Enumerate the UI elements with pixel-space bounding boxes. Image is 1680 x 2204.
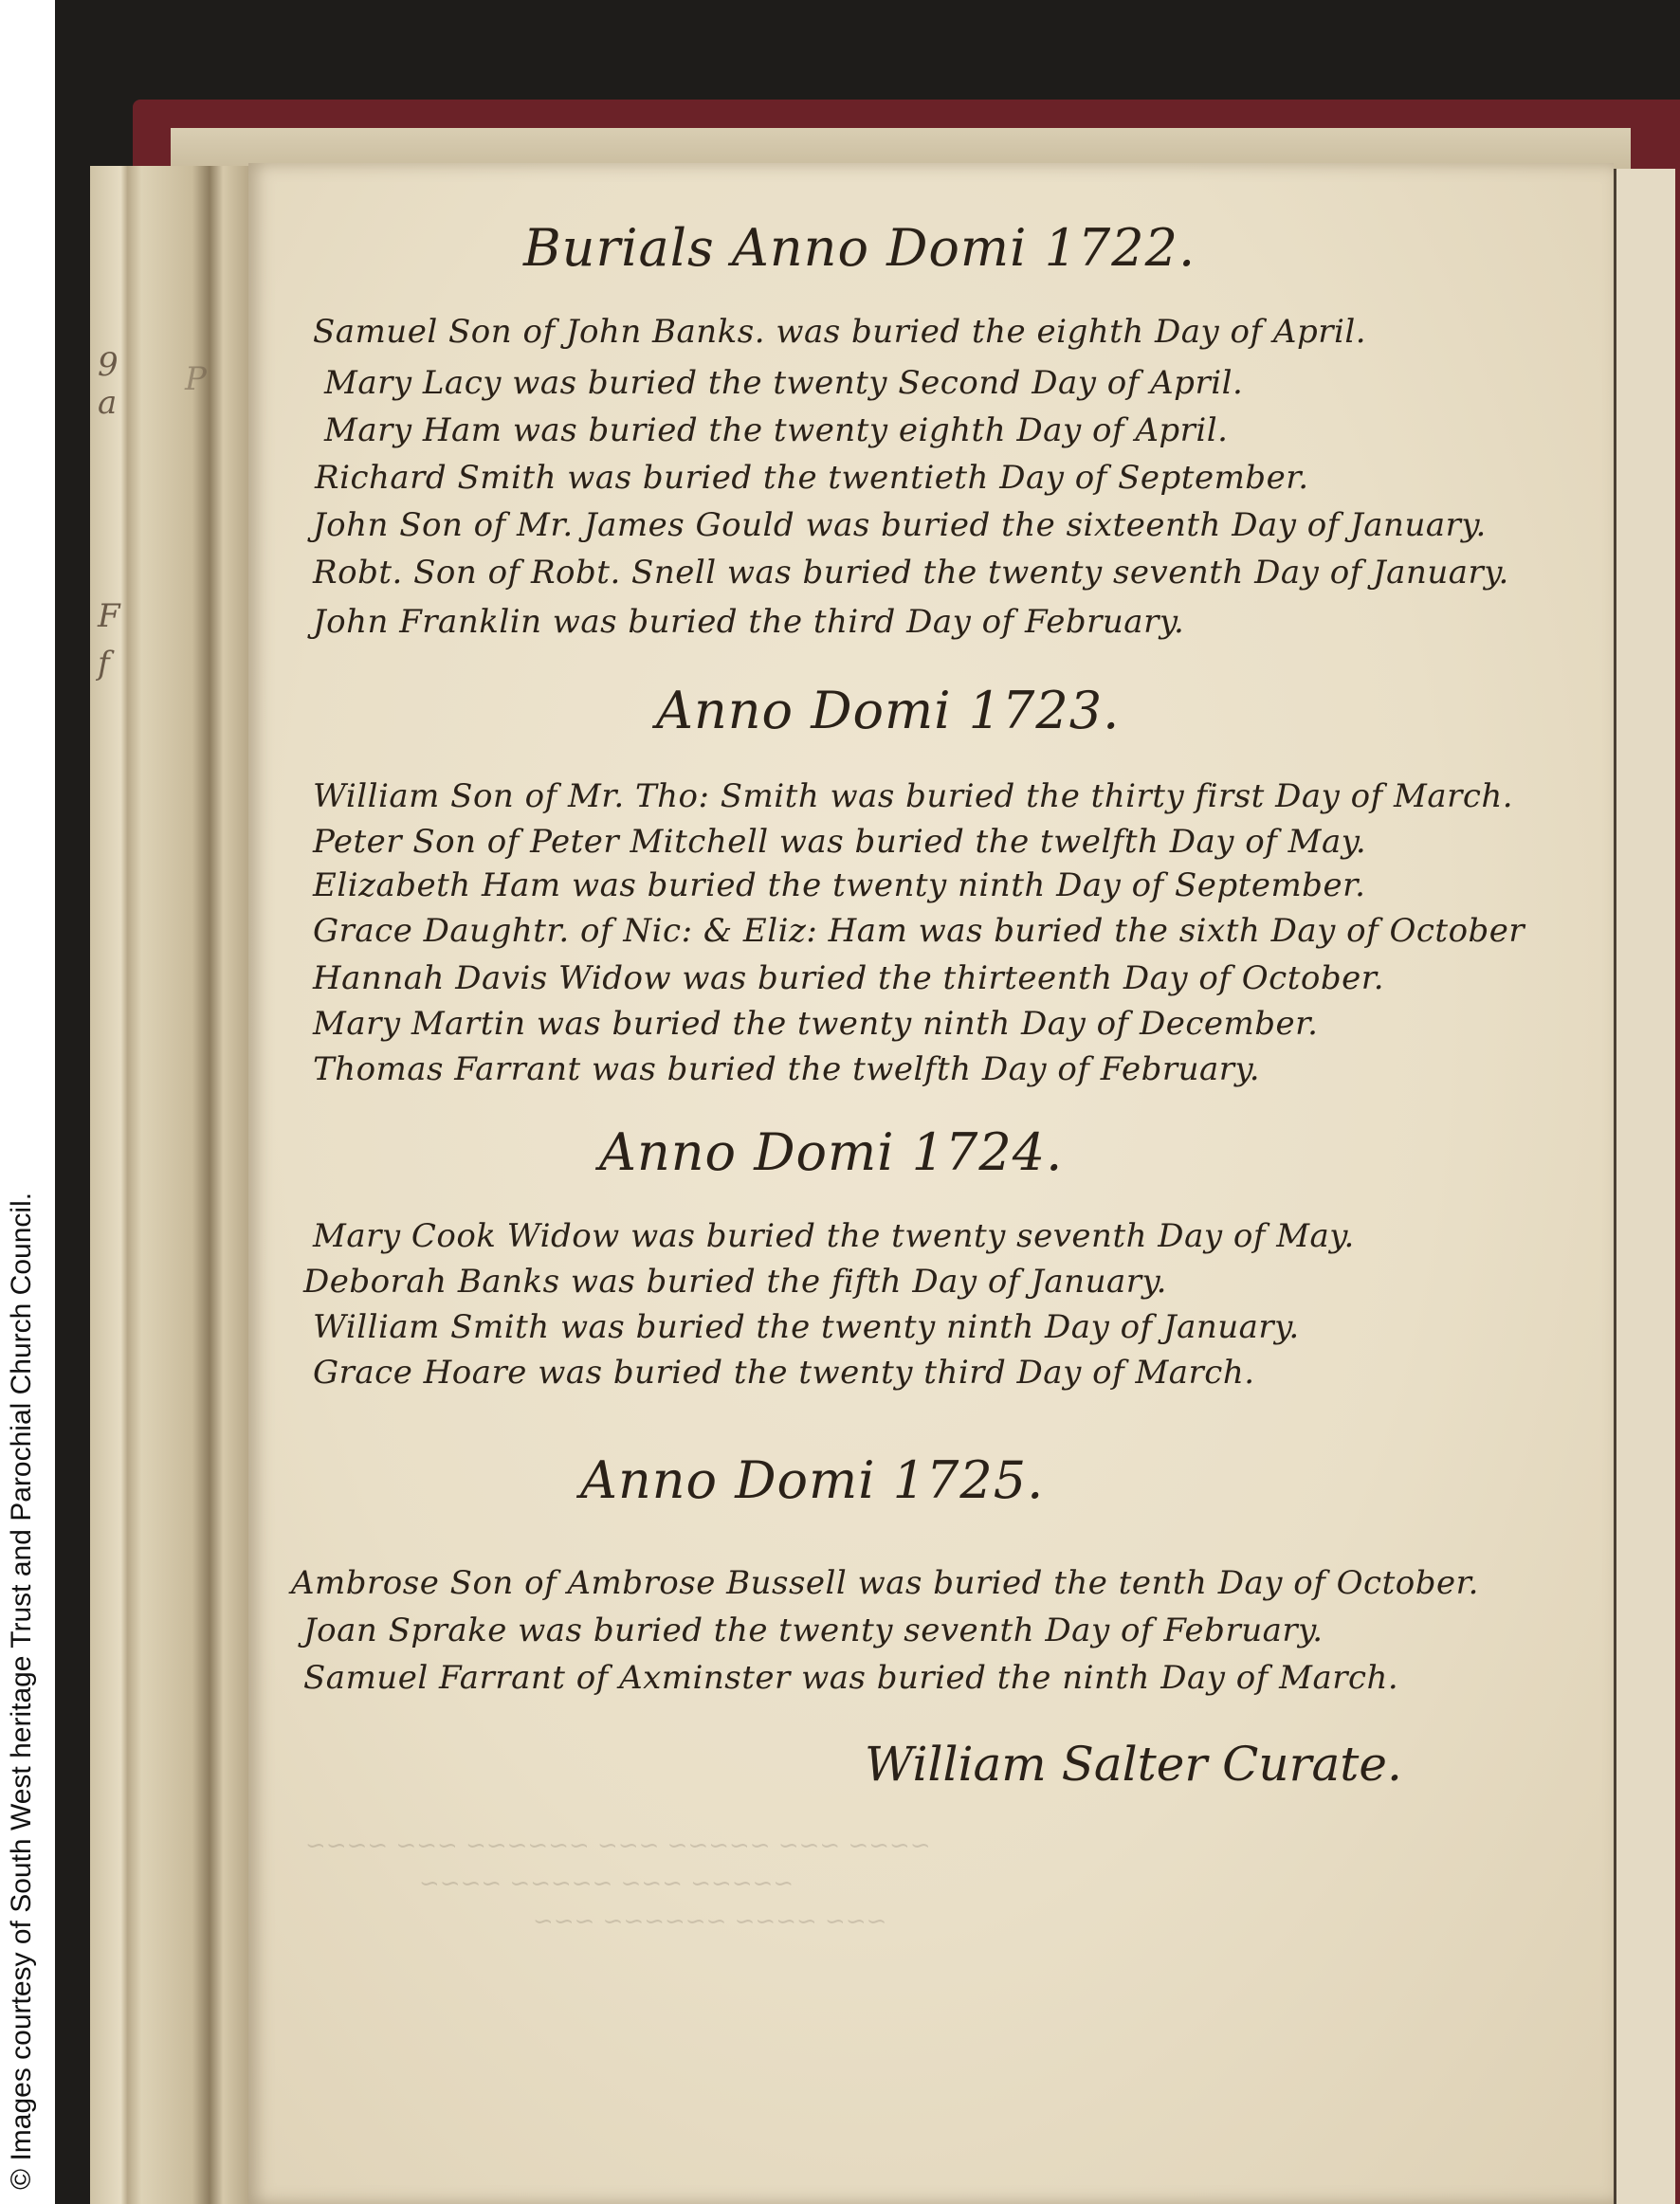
section-heading-1724: Anno Domi 1724. <box>599 1122 1063 1182</box>
burial-entry: Mary Martin was buried the twenty ninth … <box>313 1005 1318 1043</box>
section-heading-1725: Anno Domi 1725. <box>580 1450 1044 1510</box>
burial-entry: Hannah Davis Widow was buried the thirte… <box>313 959 1384 997</box>
show-through-ink: ~~~~ ~~~ ~~~~~ ~~~ ~~~~~~ ~~~ ~~~~ <box>305 1831 931 1860</box>
section-heading-1722: Burials Anno Domi 1722. <box>523 218 1196 278</box>
section-heading-1723: Anno Domi 1723. <box>656 681 1120 740</box>
margin-mark: P <box>185 360 207 398</box>
burial-entry: Samuel Farrant of Axminster was buried t… <box>303 1659 1398 1697</box>
burial-entry: Ambrose Son of Ambrose Bussell was burie… <box>291 1564 1479 1602</box>
margin-mark: 9 <box>98 346 119 384</box>
margin-mark: F <box>98 597 120 635</box>
register-page: Burials Anno Domi 1722. Samuel Son of Jo… <box>248 163 1614 2204</box>
burial-entry: Peter Son of Peter Mitchell was buried t… <box>313 823 1366 861</box>
burial-entry: William Son of Mr. Tho: Smith was buried… <box>313 777 1513 815</box>
burial-entry: Joan Sprake was buried the twenty sevent… <box>303 1612 1324 1649</box>
burial-entry: Mary Ham was buried the twenty eighth Da… <box>324 411 1228 449</box>
burial-entry: Elizabeth Ham was buried the twenty nint… <box>313 866 1365 904</box>
page-stack-left: 9 a F f P <box>90 166 261 2204</box>
burial-entry: Richard Smith was buried the twentieth D… <box>315 459 1309 497</box>
burial-entry: Thomas Farrant was buried the twelfth Da… <box>313 1050 1260 1088</box>
margin-mark: a <box>98 384 117 422</box>
burial-entry: John Franklin was buried the third Day o… <box>313 603 1184 641</box>
credit-strip: © Images courtesy of South West heritage… <box>0 0 55 2204</box>
burial-entry: Deborah Banks was buried the fifth Day o… <box>303 1263 1167 1301</box>
margin-mark: f <box>98 645 110 683</box>
curate-signature: William Salter Curate. <box>865 1737 1402 1792</box>
burial-entry: Grace Hoare was buried the twenty third … <box>313 1354 1255 1392</box>
show-through-ink: ~~~~~ ~~~ ~~~~~ ~~~~ <box>419 1869 794 1898</box>
burial-entry: John Son of Mr. James Gould was buried t… <box>313 506 1487 544</box>
burial-entry: William Smith was buried the twenty nint… <box>313 1308 1300 1346</box>
burial-entry: Mary Lacy was buried the twenty Second D… <box>324 364 1243 402</box>
facing-page-edge <box>1614 169 1675 2204</box>
burial-entry: Grace Daughtr. of Nic: & Eliz: Ham was b… <box>313 912 1525 950</box>
copyright-credit: © Images courtesy of South West heritage… <box>6 1193 38 2190</box>
burial-entry: Robt. Son of Robt. Snell was buried the … <box>313 554 1509 592</box>
burial-entry: Samuel Son of John Banks. was buried the… <box>313 313 1366 351</box>
burial-entry: Mary Cook Widow was buried the twenty se… <box>313 1217 1355 1255</box>
show-through-ink: ~~~ ~~~~ ~~~~~~ ~~~ <box>533 1907 886 1936</box>
